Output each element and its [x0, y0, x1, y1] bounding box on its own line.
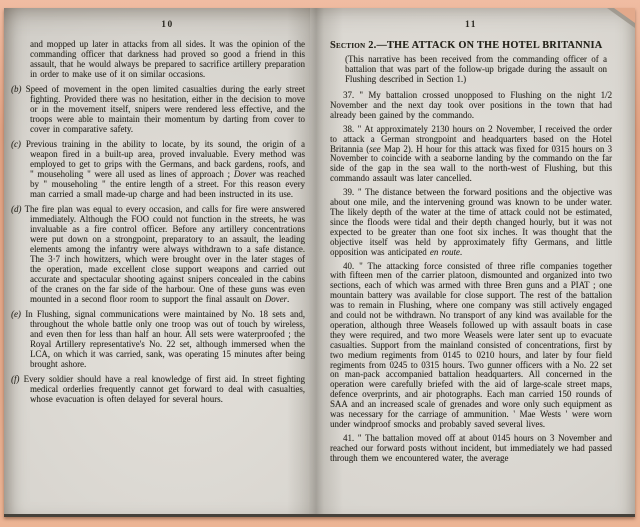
text-run: en route: [430, 247, 460, 257]
section-heading-title: 2.—THE ATTACK ON THE HOTEL BRITANNIA: [365, 40, 602, 51]
paragraph: 38. " At approximately 2130 hours on 2 N…: [330, 125, 612, 184]
text-run: " My battalion crossed unopposed to Flus…: [330, 90, 612, 120]
text-run: Every soldier should have a real knowled…: [24, 374, 305, 404]
text-run: Dover: [234, 169, 256, 179]
paragraph: 40. " The attacking force consisted of t…: [330, 262, 612, 430]
section-subnote: (This narrative has been received from t…: [345, 54, 607, 84]
left-page-number: 10: [30, 20, 305, 30]
paragraph: (e) In Flushing, signal communications w…: [30, 309, 305, 369]
paragraph: 37. " My battalion crossed unopposed to …: [330, 91, 612, 121]
text-run: .: [460, 247, 462, 257]
right-page-paragraphs: 37. " My battalion crossed unopposed to …: [330, 91, 612, 464]
text-run: see: [369, 144, 380, 154]
page-corner-fold: [614, 8, 635, 23]
paragraph-label: (f): [11, 374, 19, 384]
paragraph: 39. " The distance between the forward p…: [330, 188, 612, 257]
paragraph-number: 38.: [343, 124, 354, 134]
paragraph-label: (c): [11, 139, 21, 149]
paragraph-number: 37.: [343, 90, 354, 100]
paragraph-number: 39.: [343, 187, 354, 197]
text-run: " The distance between the forward posit…: [330, 187, 612, 256]
text-run: " The attacking force consisted of three…: [330, 261, 612, 430]
text-run: " The battalion moved off at about 0145 …: [330, 433, 612, 463]
paragraph: (d) The fire plan was equal to every occ…: [30, 204, 305, 304]
text-run: and mopped up later in attacks from all …: [30, 39, 305, 79]
right-page-number: 11: [330, 20, 612, 30]
paragraph: (c) Previous training in the ability to …: [30, 139, 305, 199]
left-page: 10 and mopped up later in attacks from a…: [4, 8, 310, 514]
text-run: Dover: [265, 294, 287, 304]
paragraph: (f) Every soldier should have a real kno…: [30, 374, 305, 404]
text-run: The fire plan was equal to every occasio…: [25, 204, 305, 304]
paragraph-label: (b): [11, 84, 21, 94]
paragraph: (b) Speed of movement in the open limite…: [30, 84, 305, 134]
book-spread: 10 and mopped up later in attacks from a…: [4, 8, 635, 517]
text-run: Speed of movement in the open limited ca…: [26, 84, 305, 134]
left-page-paragraphs: and mopped up later in attacks from all …: [30, 39, 305, 404]
section-heading: Section 2.—THE ATTACK ON THE HOTEL BRITA…: [330, 40, 612, 51]
section-heading-label: Section: [330, 40, 365, 51]
paragraph: 41. " The battalion moved off at about 0…: [330, 434, 612, 464]
text-run: .: [287, 294, 289, 304]
right-page: 11 Section 2.—THE ATTACK ON THE HOTEL BR…: [310, 8, 635, 514]
paragraph-label: (e): [11, 309, 21, 319]
paragraph-label: (d): [11, 204, 21, 214]
paragraph-number: 41.: [343, 433, 354, 443]
paragraph: and mopped up later in attacks from all …: [30, 39, 305, 79]
paragraph-number: 40.: [343, 261, 354, 271]
text-run: In Flushing, signal communications were …: [25, 309, 305, 369]
